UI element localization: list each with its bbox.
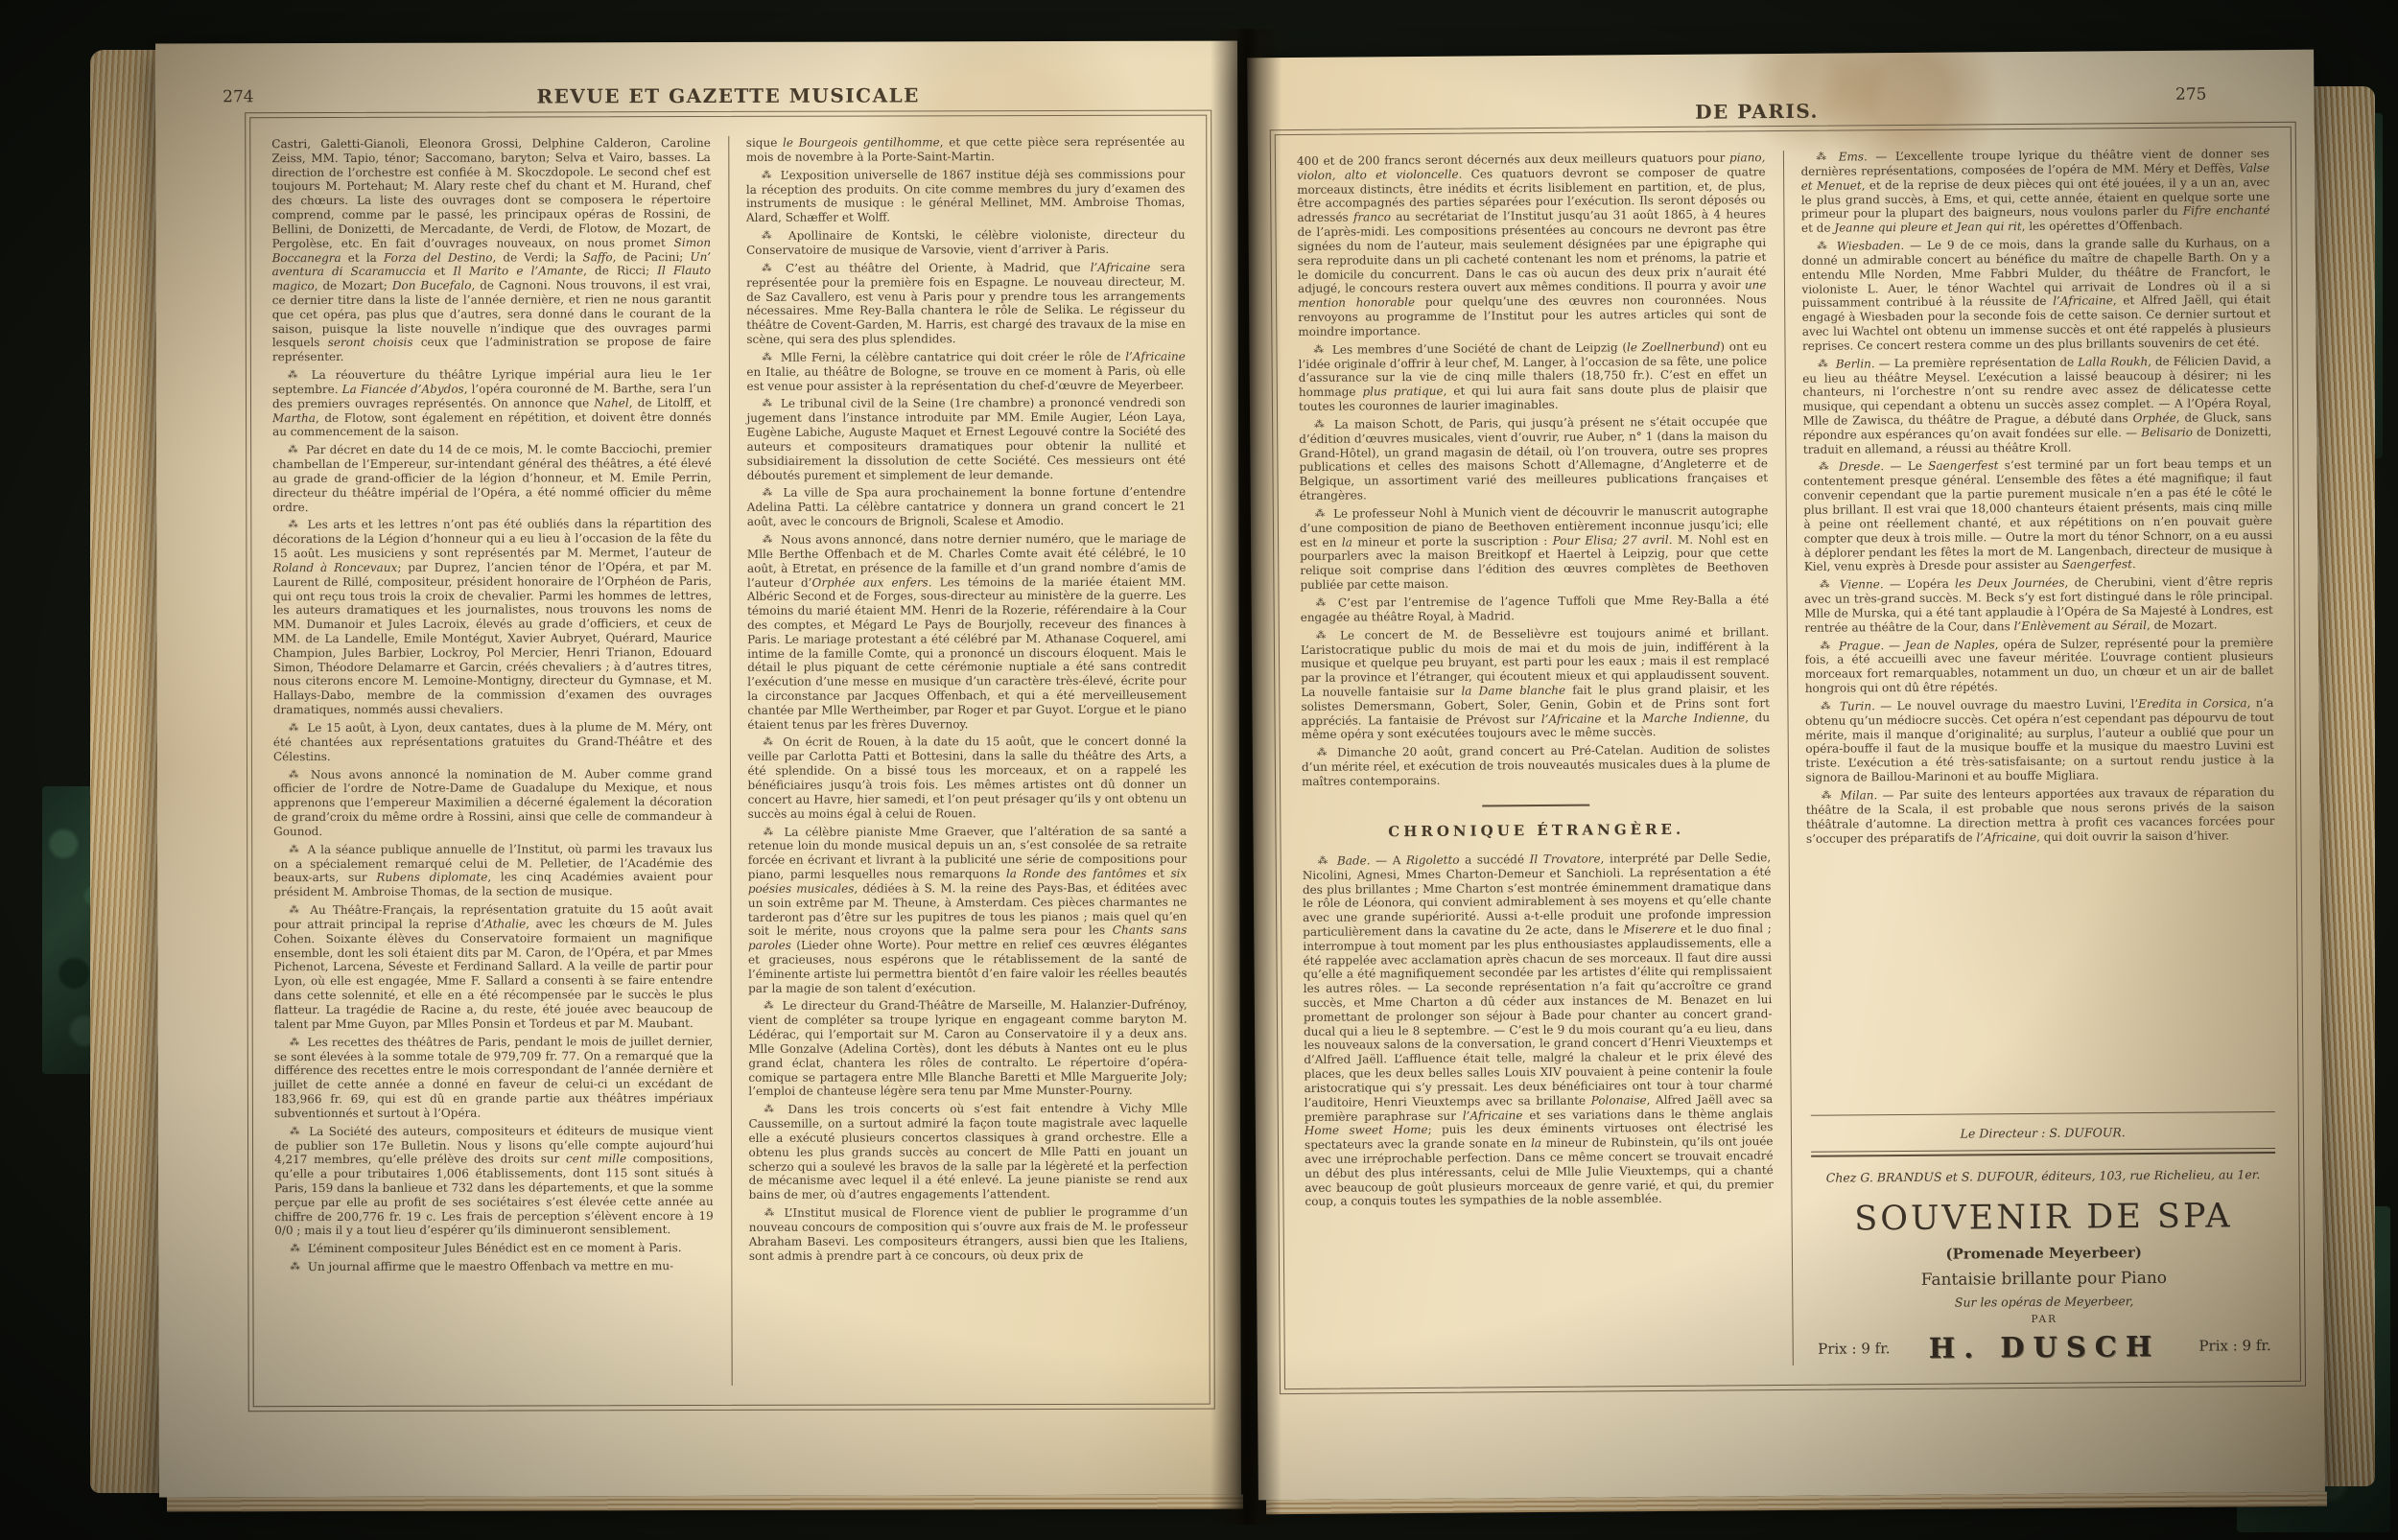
book-photograph-scene: 274 REVUE ET GAZETTE MUSICALE Castri, Ga… [0,0,2398,1540]
asterism-ornament: ⁂ [762,230,782,242]
news-item: ⁂Berlin. — La première représentation de… [1802,354,2271,457]
asterism-ornament: ⁂ [1818,358,1829,369]
news-item: ⁂Nous avons annoncé, dans notre dernier … [747,532,1187,733]
news-item: ⁂Le directeur du Grand-Théâtre de Marsei… [748,998,1187,1099]
news-item: ⁂La célèbre pianiste Mme Graever, que l’… [748,824,1187,995]
news-item: ⁂Le 15 août, à Lyon, deux cantates, dues… [273,720,713,764]
dateline: Milan. — [1841,788,1899,802]
asterism-ornament: ⁂ [289,769,304,781]
news-item: ⁂Dresde. — Le Saengerfest s’est terminé … [1803,456,2272,573]
asterism-ornament: ⁂ [1816,152,1831,163]
asterism-ornament: ⁂ [288,369,305,381]
dateline: Berlin. — [1836,357,1894,370]
asterism-ornament: ⁂ [289,722,300,734]
news-item: ⁂Au Théâtre-Français, la représentation … [273,902,713,1032]
left-page: 274 REVUE ET GAZETTE MUSICALE Castri, Ga… [155,41,1241,1498]
asterism-ornament: ⁂ [290,1243,301,1254]
news-item: 400 et de 200 francs seront décernés aux… [1297,151,1767,338]
ad-par-label: PAR [1810,1312,2279,1327]
news-item: ⁂L’éminent compositeur Jules Bénédict es… [274,1241,714,1256]
asterism-ornament: ⁂ [1315,508,1327,520]
dateline: Vienne. — [1840,577,1907,592]
asterism-ornament: ⁂ [764,826,778,837]
dateline: Prague. — [1839,639,1905,653]
advertisement-souvenir-de-spa: SOUVENIR DE SPA (Promenade Meyerbeer) Fa… [1809,1197,2279,1365]
news-item: ⁂La réouverture du théâtre Lyrique impér… [272,367,712,439]
running-title: REVUE ET GAZETTE MUSICALE [245,83,1211,109]
news-item: ⁂Le professeur Nohl à Munich vient de dé… [1300,503,1769,593]
asterism-ornament: ⁂ [763,534,774,546]
asterism-ornament: ⁂ [1820,640,1832,651]
news-item: ⁂La Société des auteurs, compositeurs et… [274,1124,714,1239]
asterism-ornament: ⁂ [1820,579,1833,591]
news-item: ⁂L’Institut musical de Florence vient de… [749,1205,1188,1264]
asterism-ornament: ⁂ [1316,597,1331,609]
asterism-ornament: ⁂ [1318,855,1330,867]
asterism-ornament: ⁂ [762,398,773,409]
book-gutter-shadow [1211,29,1281,1525]
asterism-ornament: ⁂ [290,1037,301,1048]
news-item: ⁂La maison Schott, de Paris, qui jusqu’à… [1299,414,1768,503]
asterism-ornament: ⁂ [1817,241,1830,252]
asterism-ornament: ⁂ [1822,790,1834,802]
news-item: ⁂C’est au théâtre del Oriente, à Madrid,… [746,260,1186,346]
asterism-ornament: ⁂ [1316,629,1333,641]
dateline: Bade. — [1337,853,1393,867]
foreign-news-items-2: ⁂Ems. — L’excellente troupe lyrique du t… [1800,147,2274,850]
ad-price-right: Prix : 9 fr. [2198,1337,2270,1355]
right-page: DE PARIS. 275 400 et de 200 francs seron… [1247,50,2325,1501]
news-item: ⁂Dimanche 20 août, grand concert au Pré-… [1302,742,1771,788]
foreign-news-items: ⁂Bade. — A Rigoletto a succédé Il Trovat… [1303,851,1774,1209]
ad-subtitle: (Promenade Meyerbeer) [1809,1243,2278,1264]
asterism-ornament: ⁂ [288,444,299,455]
news-item: ⁂La ville de Spa aura prochainement la b… [747,485,1187,529]
publisher-address-line: Chez G. BRANDUS et S. DUFOUR, éditeurs, … [1809,1167,2278,1185]
news-item: ⁂Un journal affirme que le maestro Offen… [274,1259,714,1274]
footer-double-rule [1811,1148,2276,1157]
news-item: ⁂Milan. — Par suite des lenteurs apporté… [1806,785,2275,846]
news-item: ⁂Bade. — A Rigoletto a succédé Il Trovat… [1303,851,1774,1209]
director-signature-line: Le Directeur : S. DUFOUR. [1808,1124,2277,1142]
dateline: Dresde. — [1839,459,1908,474]
running-title: DE PARIS. [1281,96,2232,127]
news-item: ⁂A la séance publique annuelle de l’Inst… [273,842,713,900]
asterism-ornament: ⁂ [764,1000,775,1012]
news-item: ⁂On écrit de Rouen, à la date du 15 août… [747,735,1187,821]
news-item: ⁂Mlle Ferni, la célèbre cantatrice qui d… [746,349,1186,393]
news-item: ⁂Le tribunal civil de la Seine (1re cham… [746,396,1186,482]
right-page-frame: 400 et de 200 francs seront décernés aux… [1270,122,2306,1394]
news-item: ⁂Les arts et les lettres n’ont pas été o… [272,517,712,717]
asterism-ornament: ⁂ [290,1261,301,1272]
ad-source-line: Sur les opéras de Meyerbeer, [1810,1293,2279,1311]
asterism-ornament: ⁂ [1317,747,1330,758]
section-divider-rule [1482,804,1589,806]
dateline: Wiesbaden. — [1837,239,1927,253]
news-item: ⁂Les recettes des théâtres de Paris, pen… [274,1035,714,1121]
asterism-ornament: ⁂ [762,263,779,274]
news-item: ⁂Wiesbaden. — Le 9 de ce mois, dans la g… [1801,236,2270,353]
ad-description-line: Fantaisie brillante pour Piano [1810,1268,2279,1291]
ad-title: SOUVENIR DE SPA [1809,1197,2278,1239]
news-item: ⁂Ems. — L’excellente troupe lyrique du t… [1800,147,2269,236]
right-page-column-2: ⁂Ems. — L’excellente troupe lyrique du t… [1782,147,2284,1365]
news-item: ⁂Dans les trois concerts où s’est fait e… [748,1102,1187,1202]
asterism-ornament: ⁂ [1313,343,1325,355]
asterism-ornament: ⁂ [1821,701,1833,712]
footer-rule-top [1810,1111,2274,1116]
news-item: ⁂Apollinaire de Kontski, le célèbre viol… [746,228,1186,258]
news-item: ⁂Nous avons annoncé la nomination de M. … [273,766,713,838]
asterism-ornament: ⁂ [763,487,777,499]
page-number: 275 [2175,85,2207,105]
news-item: ⁂Prague. — Jean de Naples, opéra de Sulz… [1804,636,2273,696]
news-item: ⁂Les membres d’une Société de chant de L… [1298,339,1767,414]
left-page-frame: Castri, Galetti-Gianoli, Eleonora Grossi… [245,110,1215,1412]
asterism-ornament: ⁂ [290,1126,302,1137]
left-running-head: 274 REVUE ET GAZETTE MUSICALE [155,74,1237,115]
page-footer: Le Directeur : S. DUFOUR. Chez G. BRANDU… [1808,1098,2279,1365]
news-item: Castri, Galetti-Gianoli, Eleonora Grossi… [271,136,711,364]
news-item: ⁂L’exposition universelle de 1867 instit… [746,167,1186,225]
news-item: sique le Bourgeois gentilhomme, et que c… [746,135,1186,165]
asterism-ornament: ⁂ [762,352,774,363]
asterism-ornament: ⁂ [763,736,776,748]
paris-news-items: 400 et de 200 francs seront décernés aux… [1297,151,1771,789]
asterism-ornament: ⁂ [1314,419,1328,431]
ad-price-left: Prix : 9 fr. [1818,1340,1890,1358]
left-page-column-1: Castri, Galetti-Gianoli, Eleonora Grossi… [266,136,731,1387]
right-page-frame-inner: 400 et de 200 francs seront décernés aux… [1275,127,2301,1389]
ad-composer-name: H. DUSCH [1929,1330,2161,1365]
dateline: Ems. — [1839,150,1895,163]
asterism-ornament: ⁂ [289,904,303,916]
news-item: ⁂Par décret en date du 14 de ce mois, M.… [272,442,712,514]
section-heading: CHRONIQUE ÉTRANGÈRE. [1302,820,1771,841]
asterism-ornament: ⁂ [764,1104,781,1115]
news-item: ⁂C’est par l’entremise de l’agence Tuffo… [1301,593,1770,625]
asterism-ornament: ⁂ [762,169,774,180]
asterism-ornament: ⁂ [1819,461,1832,473]
news-item: ⁂Le concert de M. de Besselièvre est tou… [1301,625,1770,742]
ad-price-row: Prix : 9 fr. H. DUSCH Prix : 9 fr. [1810,1329,2279,1365]
dateline: Turin. — [1840,699,1897,712]
asterism-ornament: ⁂ [288,519,300,530]
news-item: ⁂Vienne. — L’opéra les Deux Journées, de… [1804,574,2273,635]
left-page-frame-inner: Castri, Galetti-Gianoli, Eleonora Grossi… [249,115,1211,1408]
asterism-ornament: ⁂ [764,1207,778,1219]
asterism-ornament: ⁂ [289,844,300,855]
right-page-column-1: 400 et de 200 francs seront décernés aux… [1291,151,1792,1369]
left-page-column-2: sique le Bourgeois gentilhomme, et que c… [728,135,1194,1386]
news-item: ⁂Turin. — Le nouvel ouvrage du maestro L… [1805,696,2274,785]
left-page-edge-stack [90,50,165,1493]
